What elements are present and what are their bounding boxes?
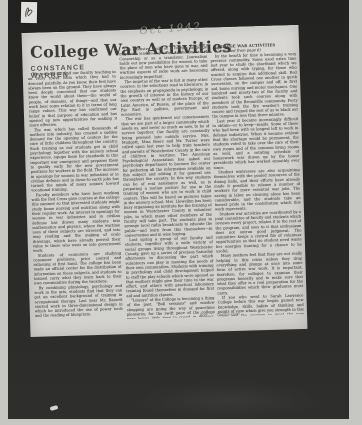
paragraph: Students of economics are studying consu… [33, 251, 122, 286]
corner-sticker [21, 2, 37, 23]
scanner-glow [128, 380, 328, 420]
column-middle-text: The intensive study of a foreign languag… [119, 45, 215, 319]
paragraph: The impetus of the war is felt in many o… [120, 77, 209, 117]
paragraph: The intensive study of a foreign languag… [119, 45, 208, 80]
column-left: The war did not find our faculty teachin… [28, 69, 123, 322]
column-left-text: The war did not find our faculty teachin… [28, 69, 123, 318]
footer-page-number: Twenty-eight [217, 312, 240, 317]
paragraph: Student war activities are coordinated b… [215, 209, 302, 253]
page-footer: FiveTwenty-eight [200, 311, 255, 317]
paragraph: Last spring a group of our faculty and s… [125, 235, 215, 298]
scanned-page: Oct 1942 College War Activities CONSTANC… [22, 25, 308, 337]
paragraph: The war has quickened our consciousness … [121, 114, 213, 237]
paragraph: The war did not find our faculty teachin… [28, 69, 118, 127]
page-title: College War Activities [30, 41, 122, 62]
paragraph: Student waitresses are also acquainting … [214, 167, 301, 211]
paragraph: The war, which has called thousands of m… [29, 125, 119, 193]
column-right: COLLEGE WAR ACTIVITIES (Continued from p… [210, 42, 304, 316]
paragraph: By combining physiology, psychology and … [34, 283, 123, 318]
paragraph: by the hearth for time is becoming a ver… [210, 51, 298, 119]
paragraph: Many mothers feel that they are not real… [216, 251, 303, 295]
paragraph: Last year it became increasingly difficu… [212, 116, 299, 170]
column-right-text: by the hearth for time is becoming a ver… [210, 51, 304, 316]
footer-note: Five [200, 313, 208, 317]
column-middle: The intensive study of a foreign languag… [119, 45, 215, 319]
paragraph: Faculty members who have been working wi… [31, 190, 121, 253]
